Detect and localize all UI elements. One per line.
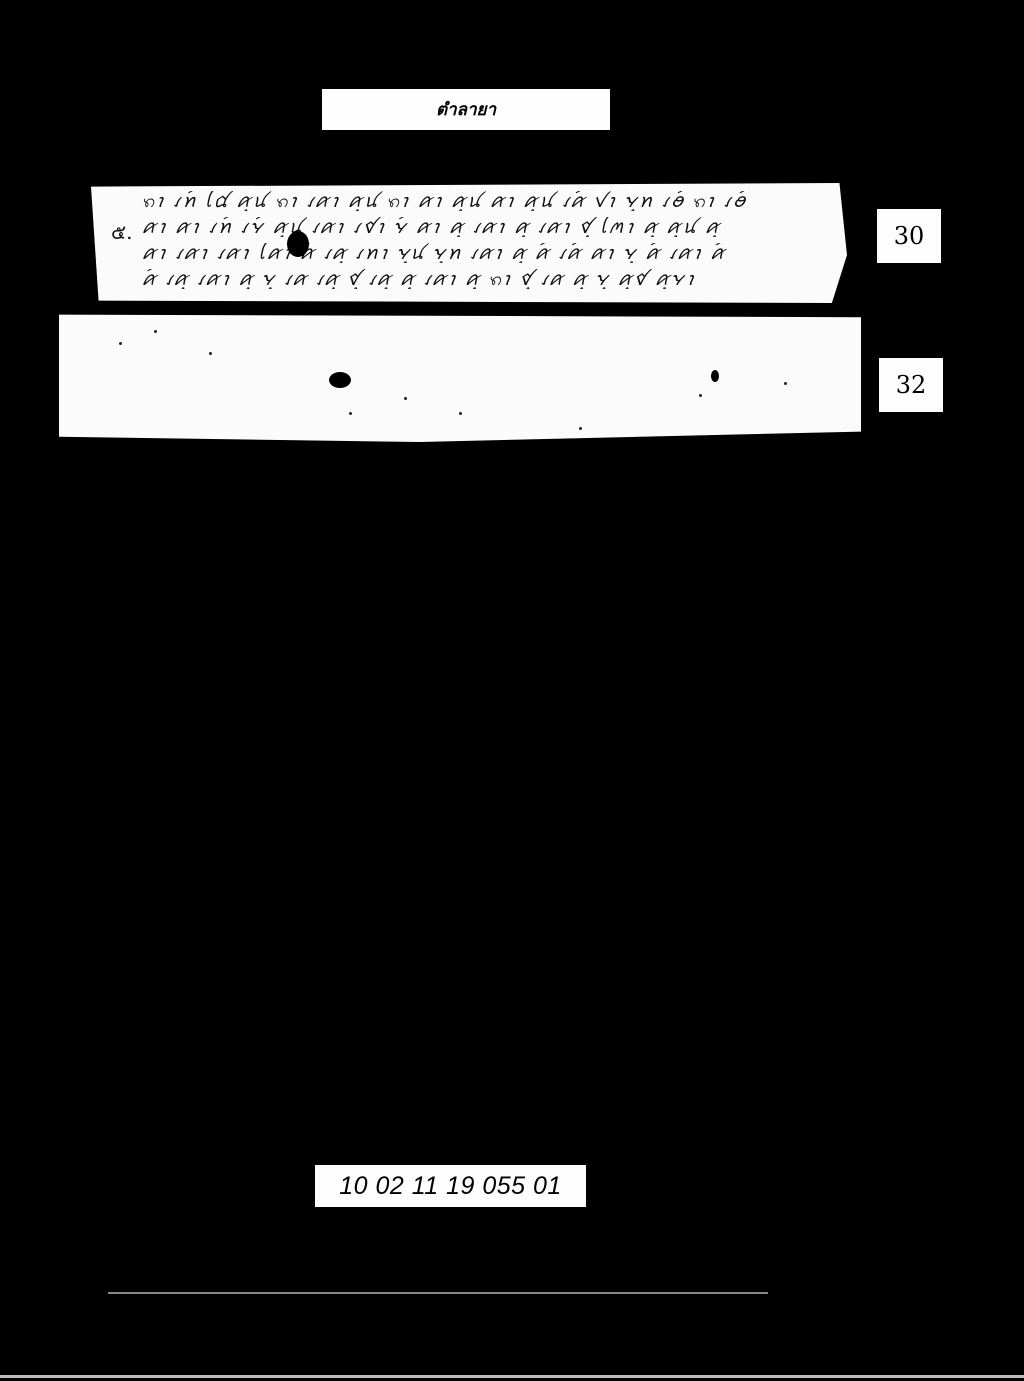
leaf-number: ๕. [111,216,133,248]
palm-leaf-blank [59,312,861,442]
leaf-text-line: ꩫꪱ ꪹꪀꪷ ꪶꪠ ꪁꪴꪙ ꩫꪱ ꪹꪁꪱ ꪁꪴꪙ ꩫꪱ ꪁꪱ ꪁꪴꪙ ꪁꪱ ꪁꪴ… [141,191,833,211]
document-title-label: ตำลายา [322,89,610,130]
speck [579,427,582,430]
leaf-text-block: ꩫꪱ ꪹꪀꪷ ꪶꪠ ꪁꪴꪙ ꩫꪱ ꪹꪁꪱ ꪁꪴꪙ ꩫꪱ ꪁꪱ ꪁꪴꪙ ꪁꪱ ꪁꪴ… [141,191,833,289]
ink-stain [287,231,309,257]
ink-stain [711,370,719,382]
catalog-id-label: 10 02 11 19 055 01 [315,1165,586,1207]
scan-edge [0,1375,1024,1378]
speck [699,394,702,397]
speck [404,397,407,400]
speck [784,382,787,385]
speck [209,352,212,355]
speck [119,342,122,345]
leaf-text-line: ꪁꪷ ꪹꪁꪴ ꪹꪁꪱ ꪁꪴ ꪩꪴ ꪹꪁ ꪹꪁꪴ ꪥꪴ ꪹꪁꪴ ꪁꪴ ꪹꪁꪱ ꪁꪴ… [141,269,833,289]
speck [349,412,352,415]
speck [459,412,462,415]
speck [154,330,157,333]
ink-stain [329,372,351,388]
scan-artifact-line [108,1292,768,1294]
palm-leaf-inscribed: ๕. ꩫꪱ ꪹꪀꪷ ꪶꪠ ꪁꪴꪙ ꩫꪱ ꪹꪁꪱ ꪁꪴꪙ ꩫꪱ ꪁꪱ ꪁꪴꪙ ꪁꪱ… [91,183,847,303]
leaf-text-line: ꪁꪱ ꪹꪁꪱ ꪹꪁꪱ ꪶꪁꪱ ꪁꪷ ꪹꪁꪴ ꪹꪀꪱ ꪩꪴꪙ ꪩꪴꪀ ꪹꪁꪱ ꪁꪴ… [141,243,833,263]
page-tag-32: 32 [879,358,943,412]
leaf-text-line: ꪁꪱ ꪁꪱ ꪹꪀꪷ ꪹꪩꪷ ꪁꪴꪙ ꪹꪁꪱ ꪹꪥꪱ ꪩꪷ ꪁꪱ ꪁꪴ ꪹꪁꪱ ꪁ… [141,217,833,237]
page-tag-30: 30 [877,209,941,263]
